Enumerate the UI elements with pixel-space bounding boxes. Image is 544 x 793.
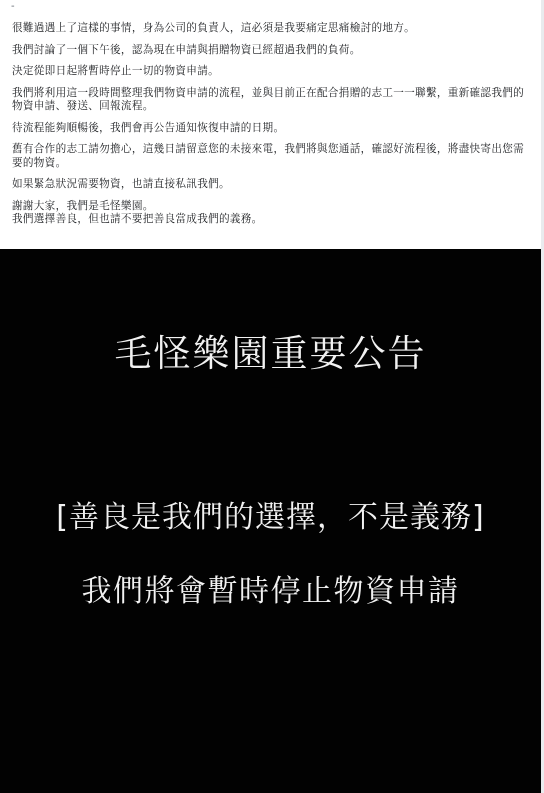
post-paragraph: 決定從即日起將暫時停止一切的物資申請。 <box>12 65 532 79</box>
poster-notice: 我們將會暫時停止物資申請 <box>0 571 541 613</box>
post-paragraph: 我們討論了一個下午後，認為現在申請與捐贈物資已經超過我們的負荷。 <box>12 44 532 58</box>
post-paragraph: 如果緊急狀況需要物資，也請直接私訊我們。 <box>12 178 532 192</box>
announcement-image[interactable]: 毛怪樂園重要公告 [善良是我們的選擇，不是義務] 我們將會暫時停止物資申請 <box>0 249 541 793</box>
poster-title: 毛怪樂園重要公告 <box>0 330 541 378</box>
post-paragraph: 待流程能夠順暢後，我們會再公告通知恢復申請的日期。 <box>12 122 532 136</box>
post-body: 很難過遇上了這樣的事情，身為公司的負責人，這必須是我要痛定思痛檢討的地方。 我們… <box>12 22 532 235</box>
post-text-section: - 很難過遇上了這樣的事情，身為公司的負責人，這必須是我要痛定思痛檢討的地方。 … <box>0 0 541 249</box>
post-paragraph: 舊有合作的志工請勿擔心，這幾日請留意您的未接來電，我們將與您通話，確認好流程後，… <box>12 143 532 170</box>
post-paragraph: 我們將利用這一段時間整理我們物資申請的流程，並與目前正在配合捐贈的志工一一聯繫，… <box>12 87 532 114</box>
post-paragraph: 很難過遇上了這樣的事情，身為公司的負責人，這必須是我要痛定思痛檢討的地方。 <box>12 22 532 36</box>
post-paragraph: 謝謝大家，我們是毛怪樂園。 我們選擇善良，但也請不要把善良當成我們的義務。 <box>12 200 532 227</box>
separator-dash: - <box>11 0 15 14</box>
poster-slogan: [善良是我們的選擇，不是義務] <box>0 497 541 539</box>
